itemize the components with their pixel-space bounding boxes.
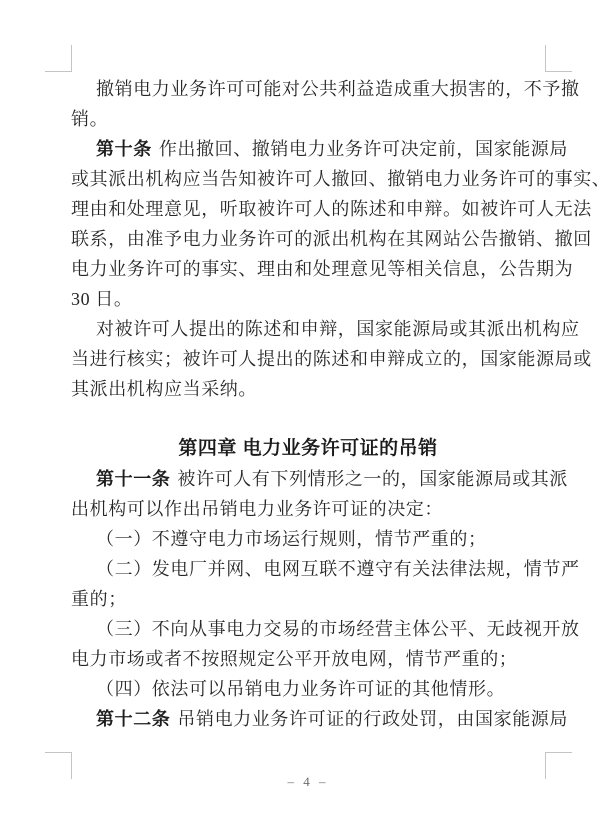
doc-line: 出机构可以作出吊销电力业务许可证的决定： xyxy=(71,494,545,524)
line-text: 当进行核实；被许可人提出的陈述和申辩成立的，国家能源局或 xyxy=(71,349,592,369)
chapter-heading: 第四章 电力业务许可证的吊销 xyxy=(71,434,545,464)
doc-line: 电力市场或者不按照规定公平开放电网，情节严重的； xyxy=(71,644,545,674)
article-number: 第十一条 xyxy=(96,469,170,489)
doc-line: 对被许可人提出的陈述和申辩，国家能源局或其派出机构应 xyxy=(71,314,545,344)
crop-mark-top-right xyxy=(545,45,572,72)
doc-line: （四）依法可以吊销电力业务许可证的其他情形。 xyxy=(71,674,545,704)
crop-mark-top-left xyxy=(45,45,72,72)
doc-line: 第十条作出撤回、撤销电力业务许可决定前，国家能源局 xyxy=(71,134,545,164)
line-text: 作出撤回、撤销电力业务许可决定前，国家能源局 xyxy=(159,139,568,159)
doc-line: 联系，由准予电力业务许可的派出机构在其网站公告撤销、撤回 xyxy=(71,224,545,254)
line-text: （四）依法可以吊销电力业务许可证的其他情形。 xyxy=(96,679,505,699)
line-text: 30 日。 xyxy=(71,289,133,309)
line-text: 被许可人有下列情形之一的，国家能源局或其派 xyxy=(177,469,568,489)
page-number: – 4 – xyxy=(0,774,616,790)
article-number: 第十二条 xyxy=(96,709,170,729)
line-text: 其派出机构应当采纳。 xyxy=(71,379,257,399)
doc-line: 理由和处理意见，听取被许可人的陈述和申辩。如被许可人无法 xyxy=(71,194,545,224)
line-text: 重的； xyxy=(71,589,127,609)
line-text: 撤销电力业务许可可能对公共利益造成重大损害的，不予撤 xyxy=(96,79,580,99)
doc-line: 销。 xyxy=(71,104,545,134)
doc-line: 电力业务许可的事实、理由和处理意见等相关信息，公告期为 xyxy=(71,254,545,284)
doc-line: （三）不向从事电力交易的市场经营主体公平、无歧视开放 xyxy=(71,614,545,644)
line-text: 吊销电力业务许可证的行政处罚，由国家能源局 xyxy=(177,709,568,729)
document-page: 撤销电力业务许可可能对公共利益造成重大损害的，不予撤 销。 第十条作出撤回、撤销… xyxy=(0,0,616,826)
doc-line: 第十二条吊销电力业务许可证的行政处罚，由国家能源局 xyxy=(71,704,545,734)
line-text: 或其派出机构应当告知被许可人撤回、撤销电力业务许可的事实、 xyxy=(71,169,610,189)
line-text: （三）不向从事电力交易的市场经营主体公平、无歧视开放 xyxy=(96,619,580,639)
doc-line: （一）不遵守电力市场运行规则，情节严重的； xyxy=(71,524,545,554)
line-text: （二）发电厂并网、电网互联不遵守有关法律法规，情节严 xyxy=(96,559,580,579)
line-text: 理由和处理意见，听取被许可人的陈述和申辩。如被许可人无法 xyxy=(71,199,592,219)
line-text: 联系，由准予电力业务许可的派出机构在其网站公告撤销、撤回 xyxy=(71,229,592,249)
doc-line: （二）发电厂并网、电网互联不遵守有关法律法规，情节严 xyxy=(71,554,545,584)
line-text: （一）不遵守电力市场运行规则，情节严重的； xyxy=(96,529,487,549)
document-body: 撤销电力业务许可可能对公共利益造成重大损害的，不予撤 销。 第十条作出撤回、撤销… xyxy=(71,74,545,734)
line-text: 出机构可以作出吊销电力业务许可证的决定： xyxy=(71,499,443,519)
line-text: 电力市场或者不按照规定公平开放电网，情节严重的； xyxy=(71,649,517,669)
line-text: 对被许可人提出的陈述和申辩，国家能源局或其派出机构应 xyxy=(96,319,580,339)
article-number: 第十条 xyxy=(96,139,152,159)
doc-line: 当进行核实；被许可人提出的陈述和申辩成立的，国家能源局或 xyxy=(71,344,545,374)
doc-line: 或其派出机构应当告知被许可人撤回、撤销电力业务许可的事实、 xyxy=(71,164,545,194)
doc-line: 30 日。 xyxy=(71,284,545,314)
doc-line: 其派出机构应当采纳。 xyxy=(71,374,545,404)
line-text: 电力业务许可的事实、理由和处理意见等相关信息，公告期为 xyxy=(71,259,573,279)
doc-line: 第十一条被许可人有下列情形之一的，国家能源局或其派 xyxy=(71,464,545,494)
doc-line: 撤销电力业务许可可能对公共利益造成重大损害的，不予撤 xyxy=(71,74,545,104)
doc-line: 重的； xyxy=(71,584,545,614)
line-text: 销。 xyxy=(71,109,108,129)
